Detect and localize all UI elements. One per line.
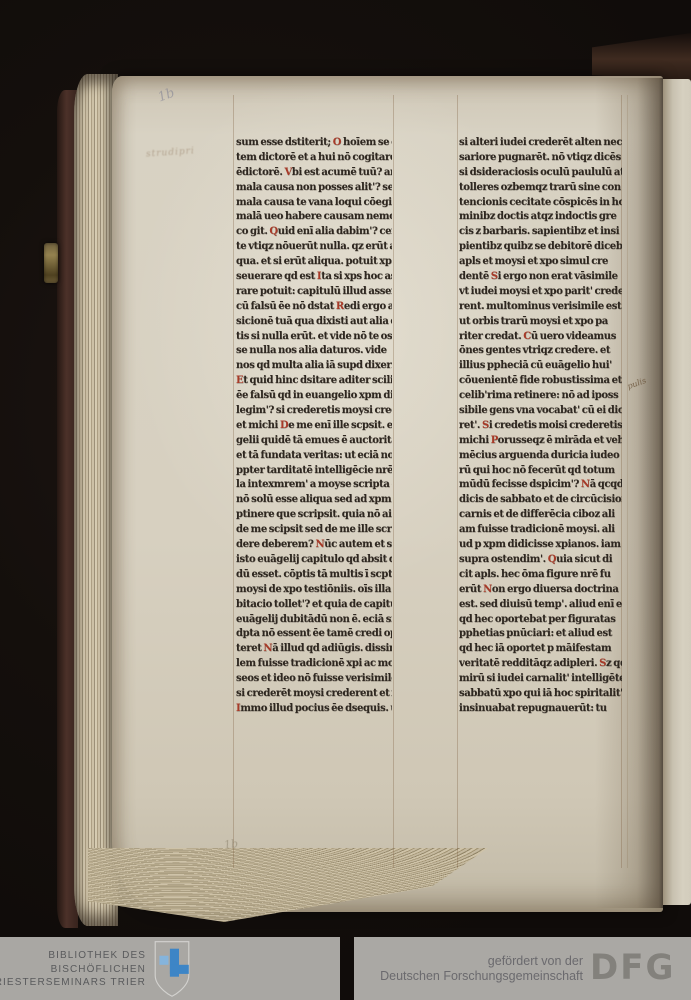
manuscript-line: gelii quidē tā emues ē auctoritas bbox=[236, 434, 392, 449]
manuscript-line: dicis de sabbato et de circūcision bbox=[459, 493, 622, 508]
manuscript-line: sibile gens vna vocabat' cū ei dice bbox=[459, 404, 622, 419]
manuscript-line: illius ppheciā cū euāgelio hui' bbox=[459, 359, 622, 374]
manuscript-line: et michi De me enī ille scpsit. et euā bbox=[236, 419, 392, 434]
ink-text: on ergo diuersa doctrina bbox=[492, 584, 619, 595]
ink-text: sum esse dstiterit; bbox=[236, 137, 333, 148]
manuscript-line: ut orbis trarū moysi et xpo pa bbox=[459, 315, 622, 330]
ink-text: ā qcqd bbox=[590, 479, 622, 490]
ink-text: nō solū esse aliqua sed ad xpm bbox=[236, 494, 391, 505]
library-banner: BIBLIOTHEK DES BISCHÖFLICHEN PRIESTERSEM… bbox=[0, 937, 340, 1000]
ruling-line bbox=[233, 95, 234, 868]
ink-text: orusseqz ē mirāda et vehe bbox=[498, 435, 622, 446]
ink-text: apls et moysi et xpo simul cre bbox=[459, 256, 608, 267]
manuscript-line: am fuisse tradicionē moysi. ali bbox=[459, 523, 622, 538]
manuscript-line: ptinere que scripsit. quia nō ait et bbox=[236, 508, 392, 523]
manuscript-line: co git. Quid enī alia dabim'? cer bbox=[236, 225, 392, 240]
manuscript-line: ppter tarditatē intelligēcie nrē mil bbox=[236, 464, 392, 479]
ink-text: rare potuit: capitulū illud asseri bbox=[236, 286, 392, 297]
funding-credit-line: Deutschen Forschungsgemeinschaft bbox=[380, 969, 583, 984]
manuscript-line: rū qui hoc nō fecerūt qd totum bbox=[459, 464, 622, 479]
manuscript-line: Et quid hinc dsitare aditer scilicet nō bbox=[236, 374, 392, 389]
manuscript-line: qd hec iā oportet p māifestam bbox=[459, 642, 622, 657]
rubric-initial: S bbox=[491, 271, 498, 282]
ink-text: rū qui hoc nō fecerūt qd totum bbox=[459, 465, 615, 476]
manuscript-line: est. sed diuisū temp'. aliud enī erat bbox=[459, 598, 622, 613]
ink-text: mala causa te vana loqui cōegit. bbox=[236, 197, 392, 208]
manuscript-line: si crederēt moysi crederent et xpo bbox=[236, 687, 392, 702]
ink-text: minibz doctis atqz indoctis gre bbox=[459, 211, 616, 222]
ink-text: seuerare qd est bbox=[236, 271, 317, 282]
manuscript-line: pientibz quibz se debitorē dicebat bbox=[459, 240, 622, 255]
rubric-initial: V bbox=[284, 167, 291, 178]
ink-text: rent. multominus verisimile est bbox=[459, 301, 621, 312]
ink-text: qua. et si erūt aliqua. potuit xps as bbox=[236, 256, 392, 267]
ink-text: malā ueo habere causam nemo te bbox=[236, 211, 392, 222]
manuscript-line: cis z barbaris. sapientibz et insi bbox=[459, 225, 622, 240]
manuscript-line: sicionē tuā qua dixisti aut alia dabi bbox=[236, 315, 392, 330]
manuscript-line: dere deberem? Nūc autem et si de bbox=[236, 538, 392, 553]
ink-text: cit apls. hec ōma figure nrē fu bbox=[459, 569, 611, 580]
manuscript-line: cit apls. hec ōma figure nrē fu bbox=[459, 568, 622, 583]
manuscript-line: seos et ideo nō fuisse verisimile ut bbox=[236, 672, 392, 687]
ink-text: si dsideraciosis oculū paululū at bbox=[459, 167, 622, 178]
ink-text: t quid hinc dsitare aditer scilicet nō bbox=[243, 375, 392, 386]
ink-text: moysi de xpo testiōniis. oīs illa du bbox=[236, 584, 392, 595]
ink-text: tem dictorē et a hui nō cogitare cō bbox=[236, 152, 392, 163]
manuscript-line: se nulla nos alia daturos. vide bbox=[236, 344, 392, 359]
rubric-initial: S bbox=[482, 420, 489, 431]
ink-text: lem fuisse tradicionē xpi ac moy bbox=[236, 658, 392, 669]
manuscript-line: dū esset. cōptis tā multis ī scptura bbox=[236, 568, 392, 583]
ink-text: ud p xpm didicisse xpianos. iam bbox=[459, 539, 621, 550]
manuscript-line: teret Nā illud qd adiūgis. dissimi bbox=[236, 642, 392, 657]
ink-text: tolleres ozbemqz trarū sine con bbox=[459, 182, 621, 193]
ink-text: cis z barbaris. sapientibz et insi bbox=[459, 226, 619, 237]
library-shield-cross-icon bbox=[151, 940, 193, 998]
manuscript-line: vt iudei moysi et xpo parit' crede bbox=[459, 285, 622, 300]
ruling-line bbox=[393, 95, 394, 868]
ink-text: seos et ideo nō fuisse verisimile ut bbox=[236, 673, 392, 684]
ink-text: hoīem se cogitat bbox=[341, 137, 392, 148]
ink-text: erūt bbox=[459, 584, 483, 595]
ink-text: se nulla nos alia daturos. vide bbox=[236, 345, 387, 356]
manuscript-line: qd hec oportebat per figuratas bbox=[459, 613, 622, 628]
manuscript-line: insinuabat repugnauerūt: tu bbox=[459, 702, 622, 717]
funding-credit-line: gefördert von der bbox=[380, 954, 583, 969]
ink-text: illius ppheciā cū euāgelio hui' bbox=[459, 360, 612, 371]
ink-text: mala causa non posses alit'? sed bbox=[236, 182, 392, 193]
manuscript-line: la intexmrem' a moyse scripta de xpo bbox=[236, 478, 392, 493]
manuscript-line: legim'? si crederetis moysi crederetis bbox=[236, 404, 392, 419]
rubric-initial: N bbox=[483, 584, 492, 595]
ink-text: veritatē redditāqz adipleri. bbox=[459, 658, 599, 669]
ink-text: insinuabat repugnauerūt: tu bbox=[459, 703, 607, 714]
ink-text: bi est acumē tuū? an in bbox=[292, 167, 392, 178]
ink-text: et michi bbox=[236, 420, 280, 431]
manuscript-line: si dsideraciosis oculū paululū at bbox=[459, 166, 622, 181]
manuscript-line: sariore pugnarēt. nō vtiqz dicēs bbox=[459, 151, 622, 166]
manuscript-line: minibz doctis atqz indoctis gre bbox=[459, 210, 622, 225]
ruling-line bbox=[457, 95, 458, 868]
ruling-line bbox=[627, 95, 628, 868]
manuscript-line: nō solū esse aliqua sed ad xpm bbox=[236, 493, 392, 508]
manuscript-line: seuerare qd est Ita si xps hoc asse bbox=[236, 270, 392, 285]
ink-text: ā illud qd adiūgis. dissimi bbox=[272, 643, 392, 654]
ink-text: mēcius arguenda duricia iudeo bbox=[459, 450, 619, 461]
ink-text: supra ostendim'. bbox=[459, 554, 548, 565]
manuscript-line: mala causa te vana loqui cōegit. bbox=[236, 196, 392, 211]
manuscript-line: mēcius arguenda duricia iudeo bbox=[459, 449, 622, 464]
library-name: BIBLIOTHEK DES BISCHÖFLICHEN PRIESTERSEM… bbox=[0, 949, 146, 990]
manuscript-line: tem dictorē et a hui nō cogitare cō bbox=[236, 151, 392, 166]
manuscript-line: tolleres ozbemqz trarū sine con bbox=[459, 181, 622, 196]
ink-text: gelii quidē tā emues ē auctoritas bbox=[236, 435, 392, 446]
ink-text: am fuisse tradicionē moysi. ali bbox=[459, 524, 615, 535]
facing-page-sliver bbox=[663, 79, 691, 905]
manuscript-line: te vtiqz nōuerūt nulla. qz erūt ali bbox=[236, 240, 392, 255]
ink-text: dpta nō essent ēe tamē credi opor bbox=[236, 628, 392, 639]
manuscript-line: ēdictorē. Vbi est acumē tuū? an in bbox=[236, 166, 392, 181]
manuscript-line: sum esse dstiterit; O hoīem se cogitat bbox=[236, 136, 392, 151]
manuscript-line: riter credat. Cū uero videamus bbox=[459, 330, 622, 345]
manuscript-line: isto euāgelij capitulo qd absit dubitā bbox=[236, 553, 392, 568]
book-clasp bbox=[44, 243, 58, 283]
manuscript-line: mūdū fecisse dspicim'? Nā qcqd bbox=[459, 478, 622, 493]
ink-text: michi bbox=[459, 435, 491, 446]
manuscript-line: ēe falsū qd in euangelio xpm dixisse bbox=[236, 389, 392, 404]
ink-text: ēe falsū qd in euangelio xpm dixisse bbox=[236, 390, 392, 401]
rubric-initial: N bbox=[263, 643, 272, 654]
ink-text: ret'. bbox=[459, 420, 482, 431]
ink-text: si crederēt moysi crederent et xpo bbox=[236, 688, 392, 699]
ink-text: te vtiqz nōuerūt nulla. qz erūt ali bbox=[236, 241, 392, 252]
leather-binding-corner bbox=[592, 33, 691, 81]
manuscript-line: si alteri iudei crederēt alten neces bbox=[459, 136, 622, 151]
ink-text: uia sicut di bbox=[556, 554, 612, 565]
ink-text: cū falsū ēe nō dstat bbox=[236, 301, 336, 312]
rubric-initial: C bbox=[523, 331, 531, 342]
ink-text: de me scipsit sed de me ille scripsit cr… bbox=[236, 524, 392, 535]
ink-text: nos qd multa alia iā supd dixerim bbox=[236, 360, 392, 371]
dfg-banner: gefördert von der Deutschen Forschungsge… bbox=[354, 937, 691, 1000]
library-name-line: PRIESTERSEMINARS TRIER bbox=[0, 976, 146, 990]
ink-text: ū uero videamus bbox=[531, 331, 616, 342]
manuscript-line: ōnes gentes vtriqz credere. et bbox=[459, 344, 622, 359]
rubric-initial: Q bbox=[548, 554, 556, 565]
ink-text: mirū si iudei carnalit' intelligētes bbox=[459, 673, 622, 684]
manuscript-line: bitacio tollet'? et quia de capitulo bbox=[236, 598, 392, 613]
ink-text: legim'? si crederetis moysi crederetis bbox=[236, 405, 392, 416]
manuscript-line: erūt Non ergo diuersa doctrina bbox=[459, 583, 622, 598]
ink-text: celib'rima retinere: nō ad iposs bbox=[459, 390, 618, 401]
ink-text: dū esset. cōptis tā multis ī scptura bbox=[236, 569, 392, 580]
ink-text: edi ergo ad p bbox=[344, 301, 392, 312]
manuscript-line: dentē Si ergo non erat vāsimile bbox=[459, 270, 622, 285]
library-name-line: BIBLIOTHEK DES bbox=[0, 949, 146, 963]
rubric-initial: R bbox=[336, 301, 344, 312]
ink-text: sicionē tuā qua dixisti aut alia dabi bbox=[236, 316, 392, 327]
manuscript-line: moysi de xpo testiōniis. oīs illa du bbox=[236, 583, 392, 598]
ink-text: i credetis moisi crederetis et bbox=[489, 420, 622, 431]
library-name-line: BISCHÖFLICHEN bbox=[0, 963, 146, 977]
ink-text: la intexmrem' a moyse scripta de xpo bbox=[236, 479, 392, 490]
ink-text: tis si nulla erūt. et vide nō te ostēdis… bbox=[236, 331, 392, 342]
rubric-initial: Q bbox=[269, 226, 277, 237]
manuscript-line: pphetias pnūciari: et aliud est bbox=[459, 627, 622, 642]
manuscript-line: lem fuisse tradicionē xpi ac moy bbox=[236, 657, 392, 672]
manuscript-line: tencionis cecitate cōspicēs in ho bbox=[459, 196, 622, 211]
ink-text: ēdictorē. bbox=[236, 167, 284, 178]
manuscript-line: mirū si iudei carnalit' intelligētes bbox=[459, 672, 622, 687]
ink-text: est. sed diuisū temp'. aliud enī erat bbox=[459, 599, 622, 610]
manuscript-line: et tā fundata veritas: ut eciā nos bbox=[236, 449, 392, 464]
ink-text: co git. bbox=[236, 226, 269, 237]
ink-text: i ergo non erat vāsimile bbox=[498, 271, 618, 282]
ink-text: isto euāgelij capitulo qd absit dubitā bbox=[236, 554, 392, 565]
ink-text: ptinere que scripsit. quia nō ait et bbox=[236, 509, 392, 520]
manuscript-line: euāgelij dubitādū non ē. eciā si illa bbox=[236, 613, 392, 628]
manuscript-line: de me scipsit sed de me ille scripsit cr… bbox=[236, 523, 392, 538]
ink-text: ppter tarditatē intelligēcie nrē mil bbox=[236, 465, 392, 476]
left-text-column: sum esse dstiterit; O hoīem se cogitatte… bbox=[236, 136, 392, 717]
ink-text: tencionis cecitate cōspicēs in ho bbox=[459, 197, 622, 208]
rubric-initial: O bbox=[333, 137, 341, 148]
ink-text: e me enī ille scpsit. et euā bbox=[288, 420, 392, 431]
faint-bottom-mark: 1b bbox=[223, 837, 239, 852]
manuscript-line: dpta nō essent ēe tamē credi opor bbox=[236, 627, 392, 642]
right-text-column: si alteri iudei crederēt alten necessari… bbox=[459, 136, 622, 717]
ink-text: z qd bbox=[606, 658, 622, 669]
ink-text: riter credat. bbox=[459, 331, 523, 342]
ink-text: ta si xps hoc asse bbox=[321, 271, 392, 282]
rubric-initial: P bbox=[491, 435, 498, 446]
ink-text: si alteri iudei crederēt alten neces bbox=[459, 137, 622, 148]
ink-text: dere deberem? bbox=[236, 539, 315, 550]
ink-text: cōuenientē fide robustissima et bbox=[459, 375, 622, 386]
manuscript-line: celib'rima retinere: nō ad iposs bbox=[459, 389, 622, 404]
ink-text: mūdū fecisse dspicim'? bbox=[459, 479, 581, 490]
ink-text: dentē bbox=[459, 271, 491, 282]
ink-text: sariore pugnarēt. nō vtiqz dicēs bbox=[459, 152, 621, 163]
manuscript-line: veritatē redditāqz adipleri. Sz qd bbox=[459, 657, 622, 672]
manuscript-line: ret'. Si credetis moisi crederetis et bbox=[459, 419, 622, 434]
ink-text: pientibz quibz se debitorē dicebat bbox=[459, 241, 622, 252]
manuscript-line: carnis et de differēcia ciboz ali bbox=[459, 508, 622, 523]
manuscript-line: malā ueo habere causam nemo te bbox=[236, 210, 392, 225]
ink-text: qd hec iā oportet p māifestam bbox=[459, 643, 611, 654]
ink-text: ōnes gentes vtriqz credere. et bbox=[459, 345, 610, 356]
ink-text: ūc autem et si de bbox=[324, 539, 392, 550]
manuscript-photo: sum esse dstiterit; O hoīem se cogitatte… bbox=[0, 0, 691, 1000]
ink-text: mmo illud pocius ēe dsequis. ut bbox=[240, 703, 392, 714]
ink-text: sibile gens vna vocabat' cū ei dice bbox=[459, 405, 622, 416]
ink-text: carnis et de differēcia ciboz ali bbox=[459, 509, 615, 520]
manuscript-line: cōuenientē fide robustissima et bbox=[459, 374, 622, 389]
dfg-logo: DFG bbox=[590, 949, 686, 988]
manuscript-line: rare potuit: capitulū illud asseri bbox=[236, 285, 392, 300]
manuscript-line: cū falsū ēe nō dstat Redi ergo ad p bbox=[236, 300, 392, 315]
ink-text: dicis de sabbato et de circūcision bbox=[459, 494, 622, 505]
ink-text: bitacio tollet'? et quia de capitulo bbox=[236, 599, 392, 610]
rubric-initial: N bbox=[315, 539, 324, 550]
manuscript-line: michi Porusseqz ē mirāda et vehe bbox=[459, 434, 622, 449]
manuscript-line: ud p xpm didicisse xpianos. iam bbox=[459, 538, 622, 553]
ink-text: ut orbis trarū moysi et xpo pa bbox=[459, 316, 608, 327]
manuscript-line: tis si nulla erūt. et vide nō te ostēdis… bbox=[236, 330, 392, 345]
rubric-initial: N bbox=[581, 479, 590, 490]
manuscript-line: supra ostendim'. Quia sicut di bbox=[459, 553, 622, 568]
ink-text: euāgelij dubitādū non ē. eciā si illa bbox=[236, 614, 392, 625]
manuscript-line: mala causa non posses alit'? sed bbox=[236, 181, 392, 196]
ink-text: vt iudei moysi et xpo parit' crede bbox=[459, 286, 622, 297]
ink-text: sabbatū xpo qui iā hoc spiritalit' bbox=[459, 688, 622, 699]
manuscript-line: Immo illud pocius ēe dsequis. ut bbox=[236, 702, 392, 717]
ink-text: qd hec oportebat per figuratas bbox=[459, 614, 615, 625]
manuscript-line: apls et moysi et xpo simul cre bbox=[459, 255, 622, 270]
manuscript-line: nos qd multa alia iā supd dixerim bbox=[236, 359, 392, 374]
ink-text: pphetias pnūciari: et aliud est bbox=[459, 628, 612, 639]
manuscript-line: qua. et si erūt aliqua. potuit xps as bbox=[236, 255, 392, 270]
manuscript-line: sabbatū xpo qui iā hoc spiritalit' bbox=[459, 687, 622, 702]
ink-text: uid enī alia dabim'? cer bbox=[278, 226, 392, 237]
manuscript-line: rent. multominus verisimile est bbox=[459, 300, 622, 315]
funding-credit: gefördert von der Deutschen Forschungsge… bbox=[380, 954, 583, 983]
ink-text: et tā fundata veritas: ut eciā nos bbox=[236, 450, 392, 461]
ink-text: teret bbox=[236, 643, 263, 654]
